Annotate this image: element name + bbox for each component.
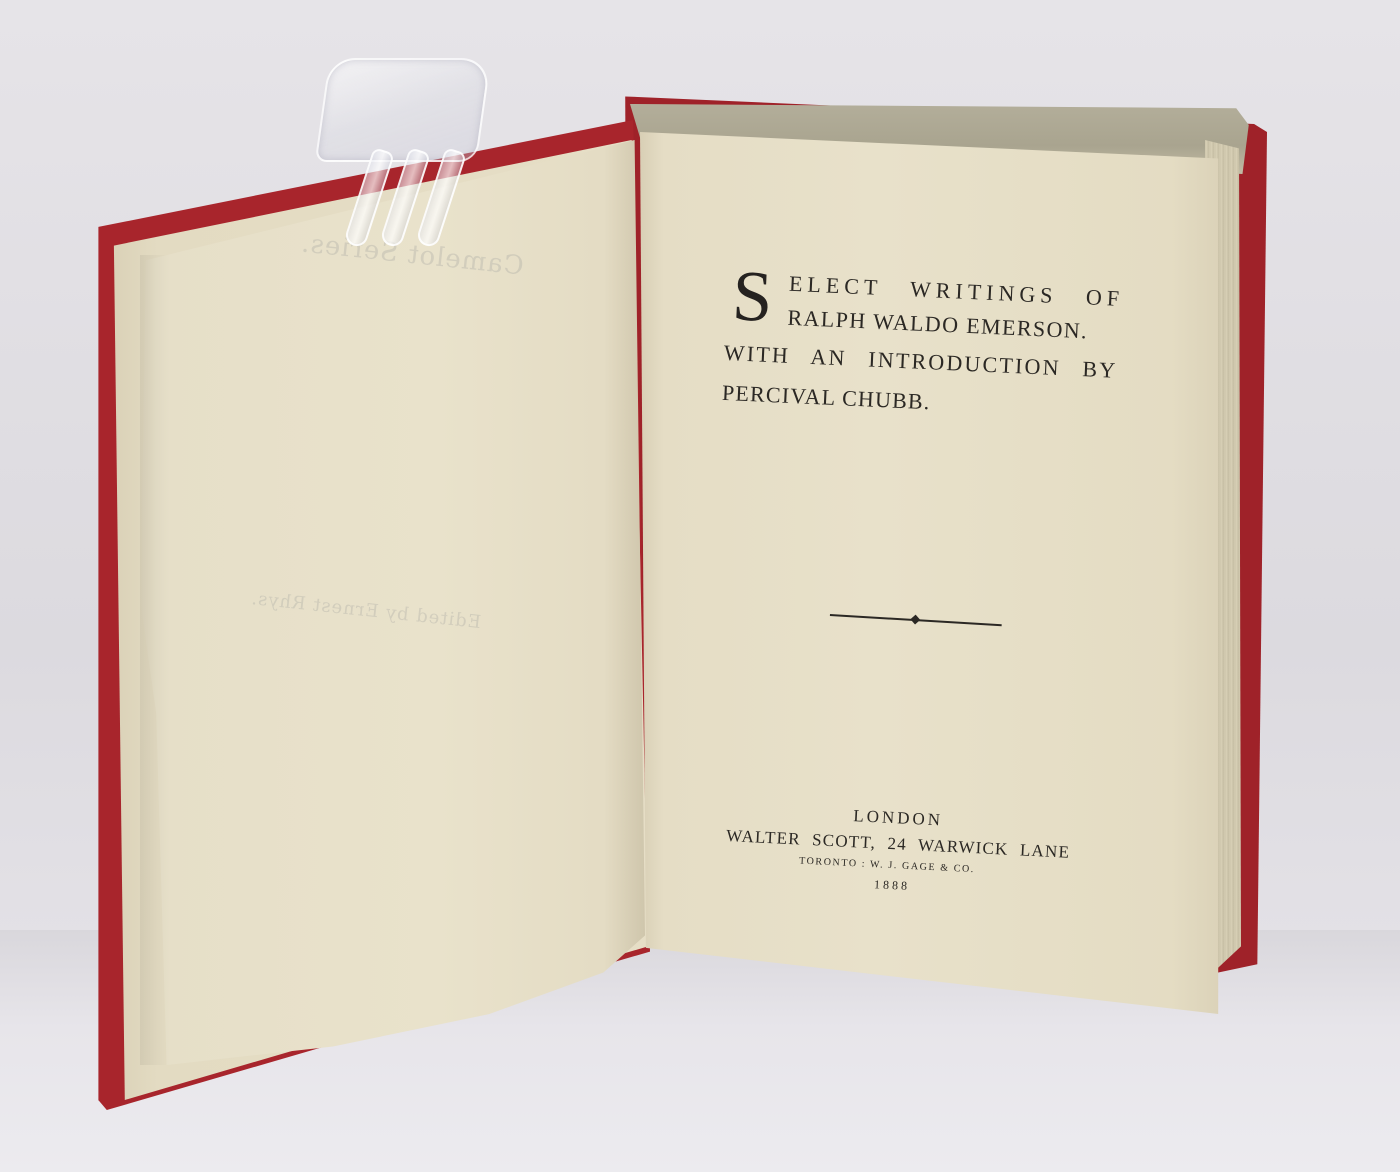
- clip-body: [315, 58, 492, 162]
- title-dropcap: S: [731, 262, 774, 330]
- hair-clip: [318, 48, 486, 252]
- imprint-year: 1888: [874, 877, 911, 894]
- page-edge-shadow: [140, 255, 170, 1065]
- title-page: [640, 132, 1230, 1014]
- open-book: Camelot Series. Edited by Ernest Rhys. S…: [0, 0, 1400, 1172]
